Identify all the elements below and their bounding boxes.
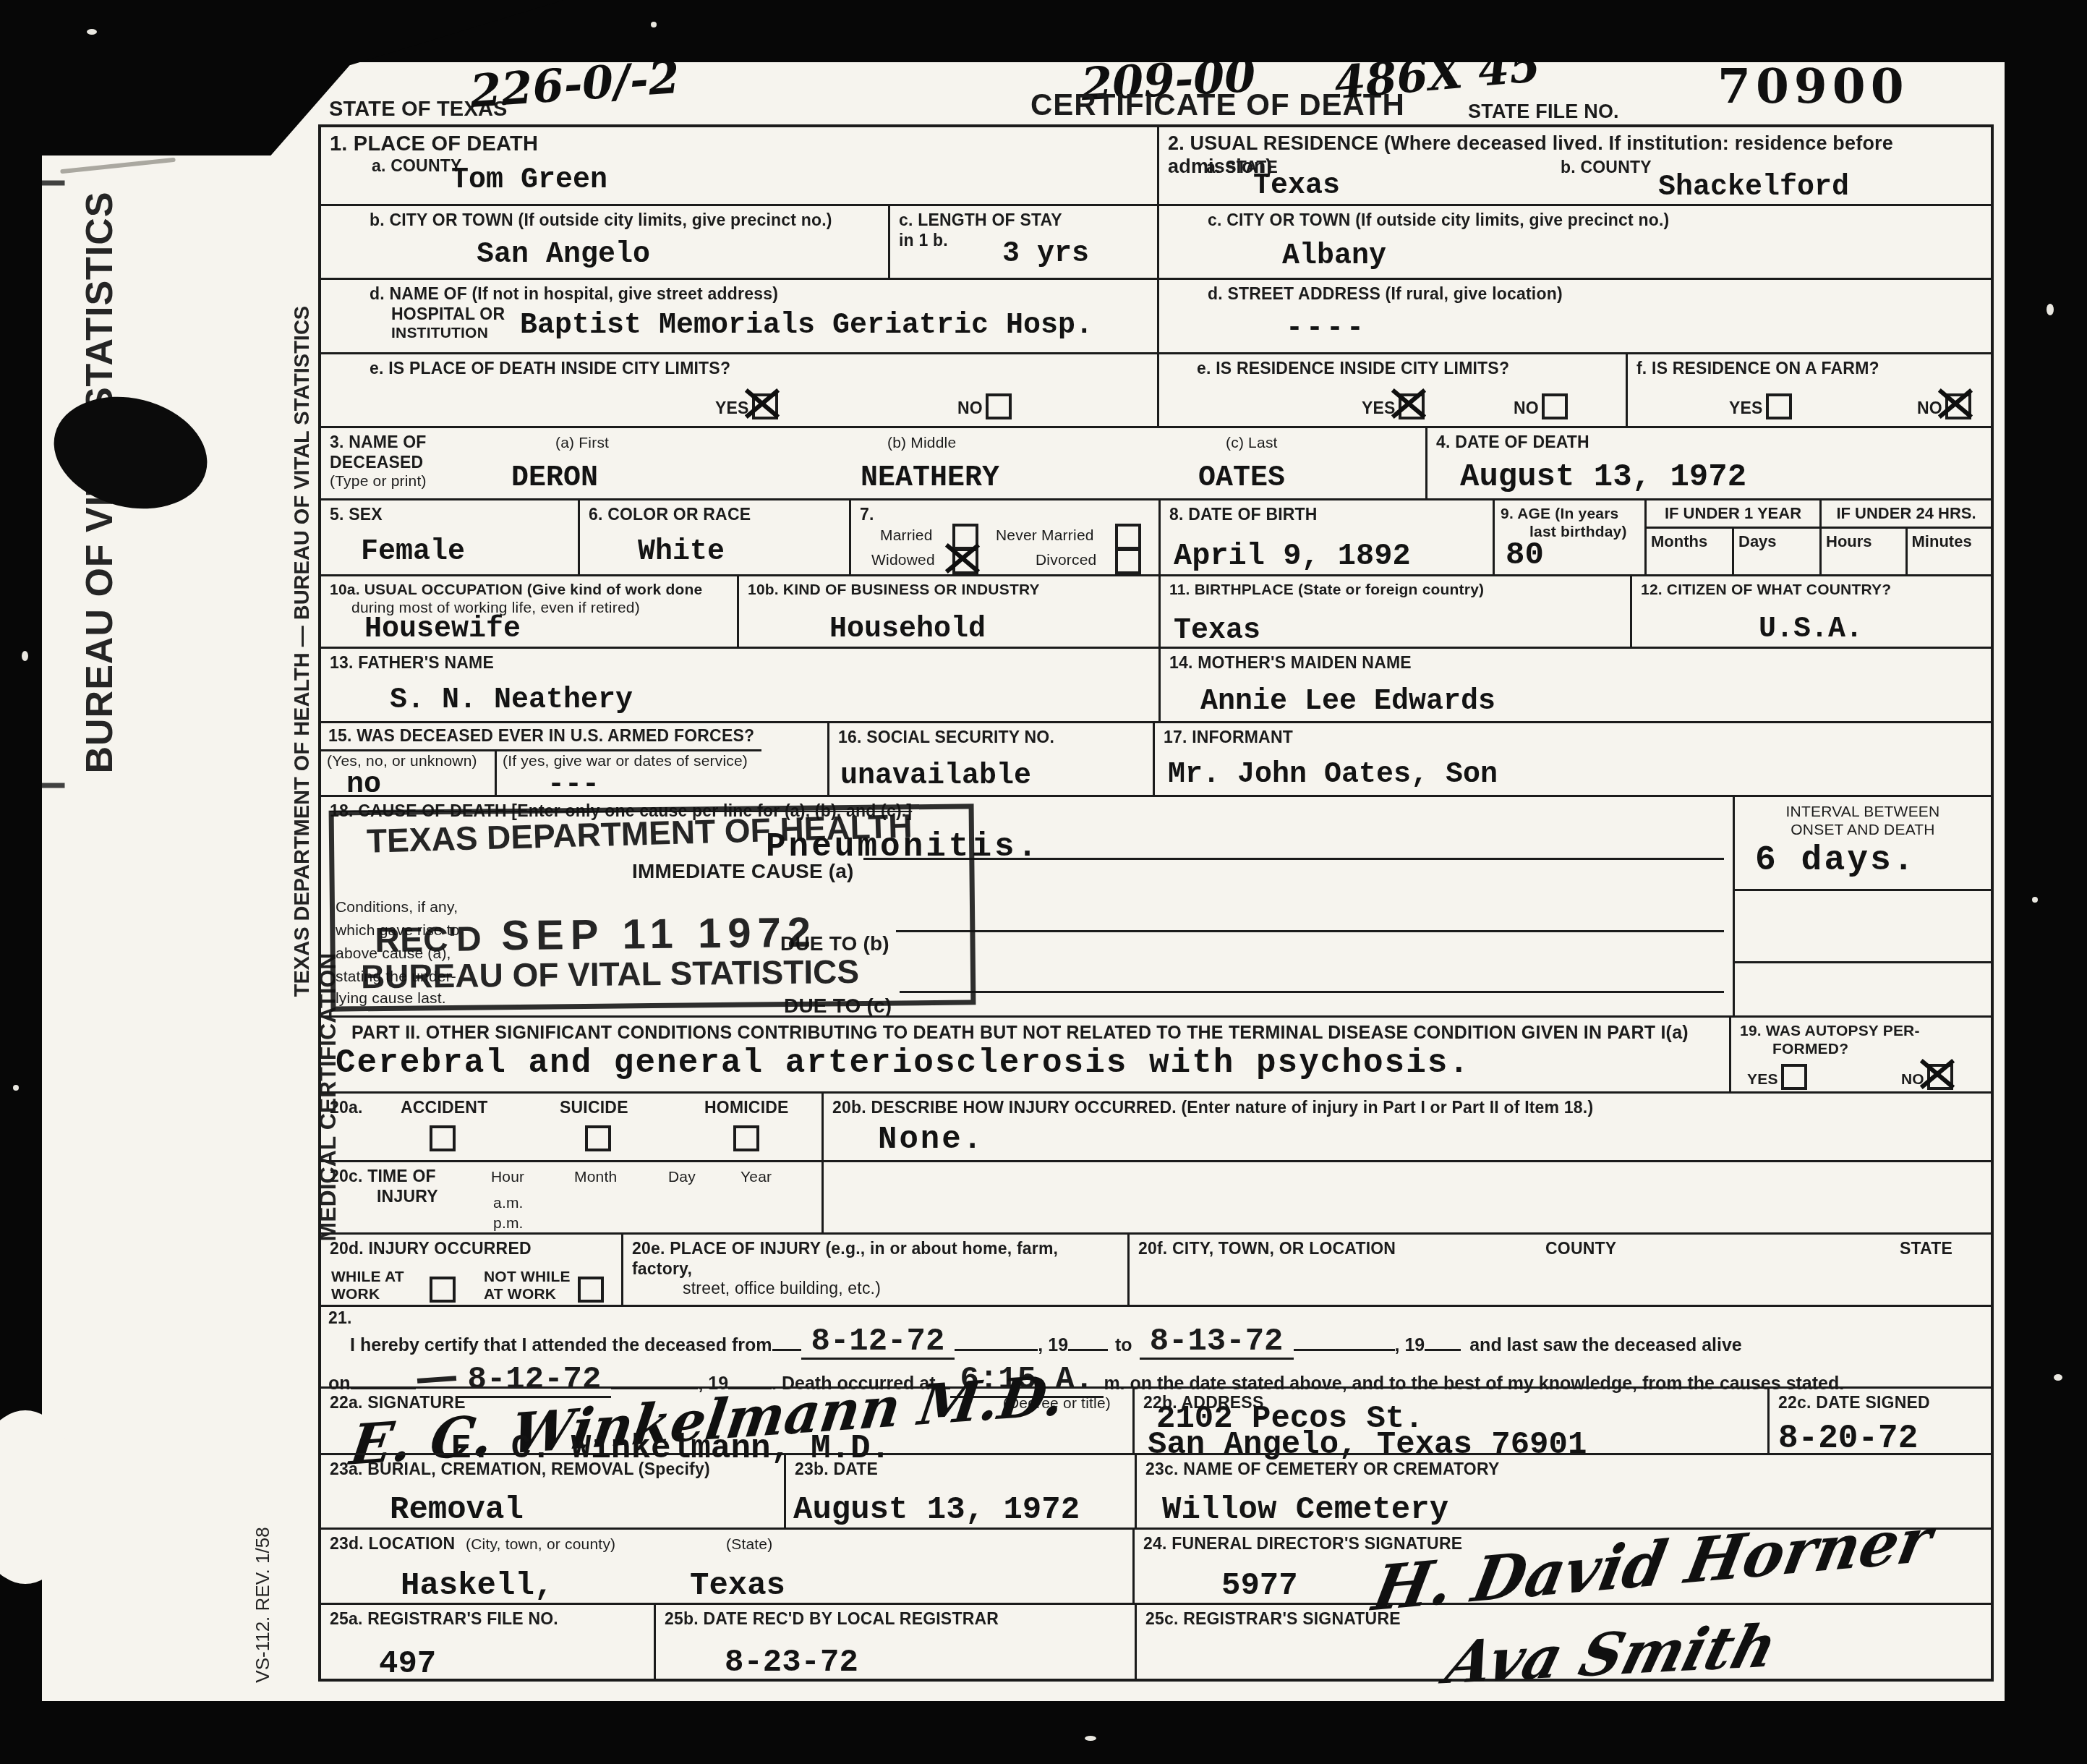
ssn-label: 16. SOCIAL SECURITY NO. xyxy=(838,728,1144,748)
death-city-value: San Angelo xyxy=(477,239,650,271)
field-age: 9. AGE (In years last birthday) 80 xyxy=(1493,500,1644,574)
field-registrar-file-no: 25a. REGISTRAR'S FILE NO. 497 xyxy=(321,1605,654,1679)
residence-city-value: Albany xyxy=(1282,241,1386,273)
field-street-address: d. STREET ADDRESS (If rural, give locati… xyxy=(1159,278,1991,352)
sex-label: 5. SEX xyxy=(330,505,569,525)
color-race-value: White xyxy=(638,537,725,568)
due-to-c-line xyxy=(900,991,1724,993)
last-name-value: OATES xyxy=(1198,463,1285,495)
field-if-under-1-year: IF UNDER 1 YEAR Months Days xyxy=(1644,500,1819,574)
state-file-no-label: STATE FILE NO. xyxy=(1468,100,1619,123)
field-injury-occurred: 20d. INJURY OCCURRED WHILE AT WORK NOT W… xyxy=(321,1235,621,1305)
injury-city-label: 20f. CITY, TOWN, OR LOCATION xyxy=(1138,1239,1396,1258)
field-place-of-injury: 20e. PLACE OF INJURY (e.g., in or about … xyxy=(621,1235,1127,1305)
marital-label: 7. xyxy=(860,505,1150,525)
date-recd-value: 8-23-72 xyxy=(725,1645,858,1680)
cert-text-2: to xyxy=(1108,1334,1140,1356)
date-of-death-value: August 13, 1972 xyxy=(1460,460,1746,495)
death-city-label: b. CITY OR TOWN (If outside city limits,… xyxy=(370,210,879,231)
interval-rule-b xyxy=(1735,961,1991,963)
section-usual-residence: 2. USUAL RESIDENCE (Where deceased lived… xyxy=(1157,127,1991,426)
registrar-file-no-label: 25a. REGISTRAR'S FILE NO. xyxy=(330,1609,645,1629)
place-of-injury-label-1: 20e. PLACE OF INJURY (e.g., in or about … xyxy=(632,1239,1119,1279)
citizen-label: 12. CITIZEN OF WHAT COUNTRY? xyxy=(1641,581,1982,599)
scan-canvas: REC'D SEP 2 1972 BUREAU OF VITAL STATIST… xyxy=(0,0,2087,1764)
header-band: STATE OF TEXAS 226-0/-2 209-00 CERTIFICA… xyxy=(318,62,1994,124)
field-ssn: 16. SOCIAL SECURITY NO. unavailable xyxy=(827,723,1153,795)
date-of-birth-label: 8. DATE OF BIRTH xyxy=(1169,505,1484,525)
field-part2: PART II. OTHER SIGNIFICANT CONDITIONS CO… xyxy=(321,1018,1729,1091)
stamp-dept-line: TEXAS DEPARTMENT OF HEALTH xyxy=(366,809,913,858)
row-name-dod: 3. NAME OF DECEASED (Type or print) (a) … xyxy=(321,426,1991,498)
residence-county-value: Shackelford xyxy=(1658,172,1849,204)
place-of-death-title: 1. PLACE OF DEATH xyxy=(330,132,1148,157)
residence-farm-label: f. IS RESIDENCE ON A FARM? xyxy=(1636,359,1982,379)
stamp-recd-label: REC'D xyxy=(375,922,482,958)
form-number-caption: VS-112. REV. 1/58 xyxy=(253,1511,272,1699)
field-occupation: 10a. USUAL OCCUPATION (Give kind of work… xyxy=(321,576,737,647)
field-residence-limits-farm: e. IS RESIDENCE INSIDE CITY LIMITS? YES … xyxy=(1159,352,1991,426)
cemetery-name-label: 23c. NAME OF CEMETERY OR CREMATORY xyxy=(1145,1460,1982,1480)
hour-label: Hour xyxy=(491,1168,524,1186)
row-20def: 20d. INJURY OCCURRED WHILE AT WORK NOT W… xyxy=(321,1232,1991,1305)
field-hospital: d. NAME OF (If not in hospital, give str… xyxy=(321,278,1157,352)
age-value: 80 xyxy=(1506,538,1544,573)
business-industry-value: Household xyxy=(829,614,986,646)
age-label-1: 9. AGE (In years xyxy=(1501,505,1639,523)
while-at-label: WHILE AT xyxy=(331,1269,404,1285)
year-label: Year xyxy=(741,1168,772,1186)
section-place-of-death: 1. PLACE OF DEATH a. COUNTY Tom Green b.… xyxy=(321,127,1157,426)
no-label: NO xyxy=(1514,399,1539,417)
field-date-of-death: 4. DATE OF DEATH August 13, 1972 xyxy=(1425,428,1991,498)
row-part2-autopsy: PART II. OTHER SIGNIFICANT CONDITIONS CO… xyxy=(321,1015,1991,1091)
field-time-of-injury: 20c. TIME OF INJURY Hour Month Day Year … xyxy=(321,1162,821,1232)
physician-name-typed: E. C. Winkelmann, M.D. xyxy=(451,1431,890,1467)
field-color-race: 6. COLOR OR RACE White xyxy=(578,500,849,574)
married-label: Married xyxy=(880,527,933,545)
speck xyxy=(2054,1374,2062,1381)
field-cause-of-death: 18. CAUSE OF DEATH [Enter only one cause… xyxy=(321,797,1733,1015)
cert-19-b: , 19 xyxy=(1395,1334,1425,1356)
autopsy-label-2: FORMED? xyxy=(1772,1040,1982,1058)
informant-value: Mr. John Oates, Son xyxy=(1168,759,1498,791)
cert-line xyxy=(772,1324,801,1351)
field-interval: INTERVAL BETWEEN ONSET AND DEATH 6 days. xyxy=(1733,797,1991,1015)
field-marital-status: 7. Married Never Married Widowed Divorce… xyxy=(849,500,1158,574)
place-of-injury-label-2: street, office building, etc.) xyxy=(683,1279,1119,1299)
cert-line xyxy=(1068,1324,1108,1351)
burial-location-state: Texas xyxy=(690,1569,785,1603)
field-physician-signature: 22a. SIGNATURE (Degree or title) E. C. W… xyxy=(321,1389,1132,1453)
widowed-label: Widowed xyxy=(871,551,935,569)
stamp-recd-date: SEP 11 1972 xyxy=(501,912,817,958)
death-city-limits-label: e. IS PLACE OF DEATH INSIDE CITY LIMITS? xyxy=(370,359,1148,379)
suicide-checkbox xyxy=(585,1125,611,1151)
if-under-1-year-label: IF UNDER 1 YEAR xyxy=(1647,500,1819,529)
funeral-director-number: 5977 xyxy=(1221,1569,1298,1603)
cert-date-to: 8-13-72 xyxy=(1140,1326,1294,1360)
death-city: b. CITY OR TOWN (If outside city limits,… xyxy=(321,206,888,278)
residence-farm-yes: YES xyxy=(1729,393,1792,419)
burial-location-sub2: (State) xyxy=(726,1535,772,1554)
first-name-value: DERON xyxy=(511,463,598,495)
cemetery-name-value: Willow Cemetery xyxy=(1162,1493,1448,1527)
informant-label: 17. INFORMANT xyxy=(1164,728,1982,748)
field-informant: 17. INFORMANT Mr. John Oates, Son xyxy=(1153,723,1991,795)
yes-label: YES xyxy=(1362,399,1396,417)
registrar-signature-script: Ava Smith xyxy=(1440,1616,1783,1692)
how-injury-label: 20b. DESCRIBE HOW INJURY OCCURRED. (Ente… xyxy=(832,1098,1982,1118)
residence-city-limits-label: e. IS RESIDENCE INSIDE CITY LIMITS? xyxy=(1197,359,1617,379)
interval-value: 6 days. xyxy=(1755,842,1916,880)
month-label: Month xyxy=(574,1168,617,1186)
row-forces-ssn-informant: 15. WAS DECEASED EVER IN U.S. ARMED FORC… xyxy=(321,721,1991,795)
cert-date-from: 8-12-72 xyxy=(801,1326,955,1360)
field-date-recd-registrar: 25b. DATE REC'D BY LOCAL REGISTRAR 8-23-… xyxy=(654,1605,1135,1679)
armed-forces-sub1: (Yes, no, or unknown) xyxy=(327,752,489,770)
row-certification: 21. I hereby certify that I attended the… xyxy=(321,1305,1991,1386)
accident-label: ACCIDENT xyxy=(401,1098,487,1118)
scan-edge-bottom xyxy=(0,1701,2087,1764)
field-autopsy: 19. WAS AUTOPSY PER- FORMED? YES NO xyxy=(1729,1018,1991,1091)
row-place-residence: 1. PLACE OF DEATH a. COUNTY Tom Green b.… xyxy=(321,127,1991,426)
speck xyxy=(87,29,97,35)
burial-location-sub1: (City, town, or county) xyxy=(466,1535,615,1554)
time-of-injury-label-2: INJURY xyxy=(377,1187,813,1207)
field-burial-location: 23d. LOCATION (City, town, or county) (S… xyxy=(321,1530,1132,1603)
autopsy-yes: YES xyxy=(1747,1064,1807,1090)
speck xyxy=(2032,897,2038,903)
death-city-limits-no-checkbox xyxy=(986,393,1012,419)
at-work-label: AT WORK xyxy=(484,1286,556,1303)
armed-forces-split: (Yes, no, or unknown) no (If yes, give w… xyxy=(321,751,827,795)
speck xyxy=(1085,1736,1096,1741)
row-physician: 22a. SIGNATURE (Degree or title) E. C. W… xyxy=(321,1386,1991,1453)
birthplace-label: 11. BIRTHPLACE (State or foreign country… xyxy=(1169,581,1621,599)
residence-city-limits-no-checkbox xyxy=(1542,393,1568,419)
armed-forces-sub2: (If yes, give war or dates of service) xyxy=(503,752,821,770)
scan-edge-right xyxy=(2005,0,2087,1764)
certificate-form: 1. PLACE OF DEATH a. COUNTY Tom Green b.… xyxy=(318,124,1994,1682)
citizen-value: U.S.A. xyxy=(1759,614,1863,646)
divorced-label: Divorced xyxy=(1036,551,1096,569)
field-father-name: 13. FATHER'S NAME S. N. Neathery xyxy=(321,649,1158,721)
field-registrar-signature: 25c. REGISTRAR'S SIGNATURE Ava Smith xyxy=(1135,1605,1991,1679)
field-mother-name: 14. MOTHER'S MAIDEN NAME Annie Lee Edwar… xyxy=(1158,649,1991,721)
certificate-paper: REC'D SEP 2 1972 BUREAU OF VITAL STATIST… xyxy=(42,62,2005,1701)
occupation-value: Housewife xyxy=(364,614,521,646)
field-date-of-birth: 8. DATE OF BIRTH April 9, 1892 xyxy=(1158,500,1493,574)
days-label: Days xyxy=(1732,529,1819,574)
interval-label-2: ONSET AND DEATH xyxy=(1735,821,1991,839)
autopsy-no: NO xyxy=(1901,1064,1953,1090)
field-business-industry: 10b. KIND OF BUSINESS OR INDUSTRY Househ… xyxy=(737,576,1158,647)
never-married-label: Never Married xyxy=(996,527,1094,545)
burial-location-label: 23d. LOCATION xyxy=(330,1534,455,1553)
length-of-stay-value: 3 yrs xyxy=(1002,239,1089,270)
middle-name-value: NEATHERY xyxy=(861,463,999,495)
burial-type-value: Removal xyxy=(390,1493,524,1527)
field-birthplace: 11. BIRTHPLACE (State or foreign country… xyxy=(1158,576,1630,647)
field-injury-city: 20f. CITY, TOWN, OR LOCATION COUNTY STAT… xyxy=(1127,1235,1991,1305)
dept-health-stamp: TEXAS DEPARTMENT OF HEALTH REC'D SEP 11 … xyxy=(329,804,976,1011)
date-of-birth-value: April 9, 1892 xyxy=(1174,540,1411,573)
row-sex-race-age: 5. SEX Female 6. COLOR OR RACE White 7. … xyxy=(321,498,1991,574)
not-while-label: NOT WHILE xyxy=(484,1269,571,1285)
accident-checkbox xyxy=(430,1125,456,1151)
injury-occurred-label: 20d. INJURY OCCURRED xyxy=(330,1239,613,1259)
residence-city-label: c. CITY OR TOWN (If outside city limits,… xyxy=(1208,210,1982,231)
row-registrar: 25a. REGISTRAR'S FILE NO. 497 25b. DATE … xyxy=(321,1603,1991,1679)
row-20ab: 20a. ACCIDENT SUICIDE HOMICIDE 20b. DESC… xyxy=(321,1091,1991,1160)
birthplace-value: Texas xyxy=(1174,615,1260,647)
how-injury-value: None. xyxy=(878,1122,984,1157)
field-death-city-limits: e. IS PLACE OF DEATH INSIDE CITY LIMITS?… xyxy=(321,352,1157,426)
cert-line xyxy=(611,1363,698,1389)
date-signed-label: 22c. DATE SIGNED xyxy=(1778,1393,1982,1413)
armed-forces-war: (If yes, give war or dates of service) -… xyxy=(495,751,827,795)
field-name-of-deceased: 3. NAME OF DECEASED (Type or print) (a) … xyxy=(321,428,1425,498)
field-residence-state-county: 2. USUAL RESIDENCE (Where deceased lived… xyxy=(1159,127,1991,204)
field-accident-suicide-homicide: 20a. ACCIDENT SUICIDE HOMICIDE xyxy=(321,1094,821,1160)
stamp-bureau-line: BUREAU OF VITAL STATISTICS xyxy=(361,955,860,993)
months-label: Months xyxy=(1647,529,1732,574)
row-cause-of-death: 18. CAUSE OF DEATH [Enter only one cause… xyxy=(321,795,1991,1015)
residence-state-value: Texas xyxy=(1253,171,1340,203)
field-how-injury-occurred: 20b. DESCRIBE HOW INJURY OCCURRED. (Ente… xyxy=(821,1094,1991,1160)
yes-label: YES xyxy=(1747,1071,1778,1088)
occupation-label-1: 10a. USUAL OCCUPATION (Give kind of work… xyxy=(330,581,728,599)
mother-name-label: 14. MOTHER'S MAIDEN NAME xyxy=(1169,653,1982,673)
due-to-b-line xyxy=(896,930,1724,932)
field-20b-continued xyxy=(821,1162,1991,1232)
armed-forces-label: 15. WAS DECEASED EVER IN U.S. ARMED FORC… xyxy=(321,723,761,751)
residence-farm-no: NO xyxy=(1917,393,1971,419)
row-parents: 13. FATHER'S NAME S. N. Neathery 14. MOT… xyxy=(321,647,1991,721)
hospital-label: d. NAME OF (If not in hospital, give str… xyxy=(370,284,1148,304)
field-physician-address: 22b. ADDRESS 2102 Pecos St. San Angelo, … xyxy=(1132,1389,1767,1453)
death-city-limits-yes: YES xyxy=(715,393,778,419)
father-name-value: S. N. Neathery xyxy=(390,685,633,717)
death-county-label: a. COUNTY xyxy=(372,156,461,176)
am-label: a.m. xyxy=(493,1194,524,1212)
date-of-death-label: 4. DATE OF DEATH xyxy=(1436,433,1982,453)
residence-farm-no-checkbox xyxy=(1945,393,1971,419)
registrar-file-no-value: 497 xyxy=(379,1647,436,1682)
never-married-checkbox xyxy=(1115,524,1141,550)
dept-vertical-caption: TEXAS DEPARTMENT OF HEALTH — BUREAU OF V… xyxy=(292,174,313,1129)
part2-label: PART II. OTHER SIGNIFICANT CONDITIONS CO… xyxy=(351,1022,1720,1044)
sex-value: Female xyxy=(361,537,465,568)
homicide-label: HOMICIDE xyxy=(704,1098,789,1118)
residence-county-label: b. COUNTY xyxy=(1561,158,1652,178)
field-funeral-director: 24. FUNERAL DIRECTOR'S SIGNATURE 5977 H.… xyxy=(1132,1530,1991,1603)
cert-line xyxy=(1294,1324,1395,1351)
minutes-label: Minutes xyxy=(1905,529,1992,574)
residence-city-limits-yes-checkbox xyxy=(1399,393,1425,419)
color-race-label: 6. COLOR OR RACE xyxy=(589,505,840,525)
no-label: NO xyxy=(957,399,983,417)
field-armed-forces: 15. WAS DECEASED EVER IN U.S. ARMED FORC… xyxy=(321,723,827,795)
interval-label-1: INTERVAL BETWEEN xyxy=(1735,803,1991,821)
date-signed-value: 8-20-72 xyxy=(1778,1420,1918,1457)
armed-forces-answer: (Yes, no, or unknown) no xyxy=(321,751,495,795)
not-while-at-work-checkbox xyxy=(578,1277,604,1303)
while-at-work-checkbox xyxy=(430,1277,456,1303)
cert-19-a: , 19 xyxy=(1038,1334,1068,1356)
cert-text-1: I hereby certify that I attended the dec… xyxy=(350,1334,772,1356)
field-certification: 21. I hereby certify that I attended the… xyxy=(321,1307,1991,1386)
middle-name-label: (b) Middle xyxy=(887,434,956,452)
yes-label: YES xyxy=(1729,399,1763,417)
field-death-county: 1. PLACE OF DEATH a. COUNTY Tom Green xyxy=(321,127,1157,204)
work-label: WORK xyxy=(331,1286,380,1303)
father-name-label: 13. FATHER'S NAME xyxy=(330,653,1150,673)
ssn-value: unavailable xyxy=(840,761,1031,793)
if-under-24-hrs-label: IF UNDER 24 HRS. xyxy=(1822,500,1991,529)
autopsy-no-checkbox xyxy=(1927,1064,1953,1090)
death-city-limits-no: NO xyxy=(957,393,1012,419)
widowed-checkbox xyxy=(952,548,978,574)
autopsy-label-1: 19. WAS AUTOPSY PER- xyxy=(1740,1022,1982,1040)
cert-line xyxy=(955,1324,1038,1351)
row-location-director: 23d. LOCATION (City, town, or county) (S… xyxy=(321,1527,1991,1603)
injury-state-label: STATE xyxy=(1900,1239,1952,1259)
yes-label: YES xyxy=(715,399,749,417)
burial-date-value: August 13, 1972 xyxy=(793,1493,1080,1527)
mother-name-value: Annie Lee Edwards xyxy=(1200,686,1495,718)
field-sex: 5. SEX Female xyxy=(321,500,578,574)
f20a-number: 20a. xyxy=(330,1098,363,1117)
injury-county-label: COUNTY xyxy=(1545,1239,1616,1259)
field-date-signed: 22c. DATE SIGNED 8-20-72 xyxy=(1767,1389,1991,1453)
cert-text-3: and last saw the deceased alive xyxy=(1461,1334,1742,1356)
cert-line xyxy=(351,1363,416,1389)
length-of-stay: c. LENGTH OF STAY in 1 b. 3 yrs xyxy=(888,206,1157,278)
state-file-number: 70900 xyxy=(1717,62,1909,110)
street-address-label: d. STREET ADDRESS (If rural, give locati… xyxy=(1208,284,1982,304)
row-occupation-birthplace: 10a. USUAL OCCUPATION (Give kind of work… xyxy=(321,574,1991,647)
field-residence-city: c. CITY OR TOWN (If outside city limits,… xyxy=(1159,204,1991,278)
date-recd-label: 25b. DATE REC'D BY LOCAL REGISTRAR xyxy=(665,1609,1126,1629)
length-of-stay-label: c. LENGTH OF STAY xyxy=(899,210,1148,231)
death-county-value: Tom Green xyxy=(451,165,607,197)
while-at-work: WHILE AT WORK xyxy=(331,1269,404,1303)
speck xyxy=(13,1085,19,1091)
hours-label: Hours xyxy=(1822,529,1905,574)
part2-value: Cerebral and general arteriosclerosis wi… xyxy=(336,1045,1470,1082)
interval-rule-a xyxy=(1735,889,1991,891)
pm-label: p.m. xyxy=(493,1214,524,1232)
death-city-limits-yes-checkbox xyxy=(752,393,778,419)
age-label-2: last birthday) xyxy=(1529,523,1639,541)
handwritten-district-code: 226-0/-2 xyxy=(469,55,680,114)
street-address-value: ---- xyxy=(1286,313,1367,345)
burial-location-city: Haskell, xyxy=(401,1569,553,1603)
homicide-checkbox xyxy=(733,1125,759,1151)
residence-farm: f. IS RESIDENCE ON A FARM? YES NO xyxy=(1626,354,1991,426)
cert-line xyxy=(1425,1324,1461,1351)
not-while-at-work: NOT WHILE AT WORK xyxy=(484,1269,571,1303)
last-name-label: (c) Last xyxy=(1226,434,1278,452)
divorced-checkbox xyxy=(1115,548,1141,574)
residence-city-limits-no: NO xyxy=(1514,393,1568,419)
row-20c: 20c. TIME OF INJURY Hour Month Day Year … xyxy=(321,1160,1991,1232)
speck xyxy=(2047,304,2054,315)
hospital-value: Baptist Memorials Geriatric Hosp. xyxy=(520,310,1093,342)
pencil-scribble xyxy=(60,158,176,174)
field-death-city: b. CITY OR TOWN (If outside city limits,… xyxy=(321,204,1157,278)
suicide-label: SUICIDE xyxy=(560,1098,628,1118)
speck xyxy=(22,651,28,661)
field-if-under-24-hrs: IF UNDER 24 HRS. Hours Minutes xyxy=(1819,500,1991,574)
residence-farm-yes-checkbox xyxy=(1766,393,1792,419)
field-citizen: 12. CITIZEN OF WHAT COUNTRY? U.S.A. xyxy=(1630,576,1991,647)
first-name-label: (a) First xyxy=(555,434,609,452)
speck xyxy=(651,22,657,27)
residence-city-limits-yes: YES xyxy=(1362,393,1425,419)
business-industry-label: 10b. KIND OF BUSINESS OR INDUSTRY xyxy=(748,581,1150,599)
autopsy-yes-checkbox xyxy=(1781,1064,1807,1090)
day-label: Day xyxy=(668,1168,696,1186)
residence-city-limits: e. IS RESIDENCE INSIDE CITY LIMITS? YES … xyxy=(1159,354,1626,426)
